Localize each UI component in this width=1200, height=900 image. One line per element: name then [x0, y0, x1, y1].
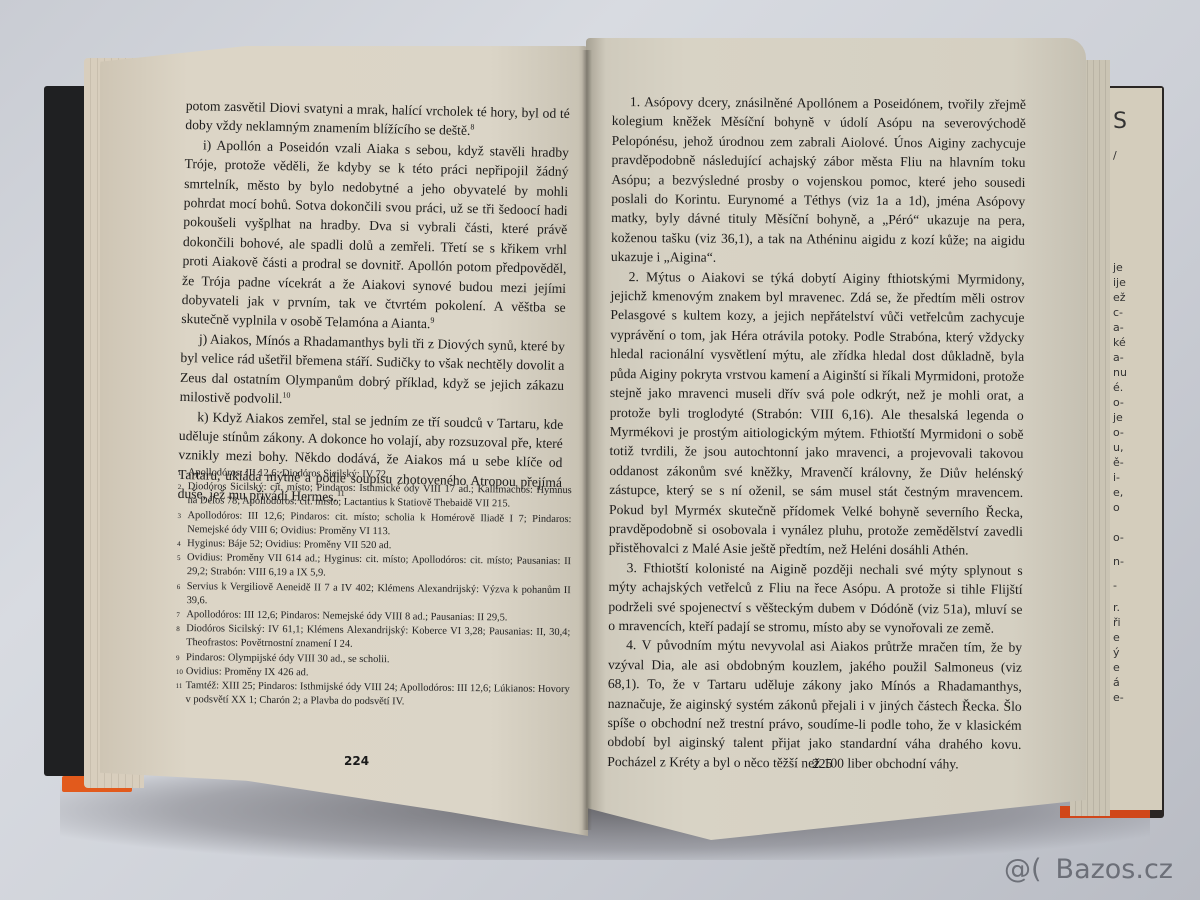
partial-page-fragment: nu — [1113, 365, 1133, 380]
paragraph: 2. Mýtus o Aiakovi se týká dobytí Aiginy… — [609, 267, 1025, 561]
page-number-right: 225 — [812, 756, 832, 772]
partial-page-fragment: je — [1113, 260, 1133, 275]
footnote: 6Servius k Vergiliově Aeneidě II 7 a IV … — [177, 580, 571, 613]
partial-page-fragment: o- — [1113, 530, 1133, 545]
paragraph: 1. Asópovy dcery, znásilněné Apollónem a… — [611, 92, 1026, 270]
partial-page-fragment: i- — [1113, 470, 1133, 485]
partial-page-fragment: e — [1113, 660, 1133, 675]
partial-page-fragment: ři — [1113, 615, 1133, 630]
watermark-text: Bazos.cz — [1056, 854, 1173, 885]
partial-page-fragment: á — [1113, 675, 1133, 690]
partial-page-fragment: r. — [1113, 600, 1133, 615]
right-page-body: 1. Asópovy dcery, znásilněné Apollónem a… — [607, 92, 1026, 774]
footnote-ref: 8 — [470, 123, 474, 132]
partial-page-fragment: ý — [1113, 645, 1133, 660]
footnote-ref: 10 — [282, 391, 290, 400]
partial-page-fragment: - — [1113, 578, 1133, 593]
partial-page-fragment: o — [1113, 500, 1133, 515]
footnote: 8Diodóros Sicilský: IV 61,1; Klémens Ale… — [176, 622, 570, 655]
footnote: 3Apollodóros: III 12,6; Pindaros: cit. m… — [177, 509, 571, 542]
watermark-logo-icon: @( — [1004, 854, 1042, 885]
page-number-left: 224 — [344, 754, 369, 768]
footnote-ref: 9 — [430, 316, 434, 325]
partial-page-fragment: a- — [1113, 320, 1133, 335]
paragraph: 4. V původním mýtu nevyvolal asi Aiakos … — [607, 635, 1022, 774]
partial-page-fragment: je — [1113, 410, 1133, 425]
partial-page-edge: S / je ije ež c- a- ké a- nu é. o- je o-… — [1106, 88, 1162, 810]
partial-page-fragment: n- — [1113, 554, 1133, 569]
paragraph: 3. Fthiotští kolonisté na Aigině později… — [608, 558, 1023, 639]
watermark: @(Bazos.cz — [1004, 854, 1173, 885]
footnote: 5Ovidius: Proměny VII 614 ad.; Hyginus: … — [177, 551, 571, 584]
partial-page-fragment: o- — [1113, 395, 1133, 410]
book-gutter — [582, 50, 592, 830]
partial-page-fragment: c- — [1113, 305, 1133, 320]
partial-page-fragment: ké — [1113, 335, 1133, 350]
partial-page-letter: / — [1113, 148, 1133, 163]
partial-page-fragment: a- — [1113, 350, 1133, 365]
footnote: 11Tamtéž: XIII 25; Pindaros: Isthmijské … — [175, 679, 569, 712]
partial-page-fragment: e — [1113, 630, 1133, 645]
partial-page-fragment: e- — [1113, 690, 1133, 705]
partial-page-fragment: e, — [1113, 485, 1133, 500]
paragraph: i) Apollón a Poseidón vzali Aiaka s sebo… — [181, 135, 569, 337]
partial-page-fragment: ež — [1113, 290, 1133, 305]
partial-page-fragment: ě- — [1113, 455, 1133, 470]
paragraph: j) Aiakos, Mínós a Rhadamanthys byli tři… — [179, 329, 565, 415]
partial-page-fragment: é. — [1113, 380, 1133, 395]
partial-page-fragment: ije — [1113, 275, 1133, 290]
footnote: 2Diodóros Sicilský: cit. místo; Pindaros… — [178, 480, 572, 513]
partial-page-fragment: o- — [1113, 425, 1133, 440]
footnotes: 1Apollodóros: III 12,6; Diodóros Sicilsk… — [175, 466, 572, 712]
partial-page-letter: S — [1113, 114, 1133, 129]
left-page-body: potom zasvětil Diovi svatyni a mrak, hal… — [177, 96, 569, 511]
partial-page-fragment: u, — [1113, 440, 1133, 455]
